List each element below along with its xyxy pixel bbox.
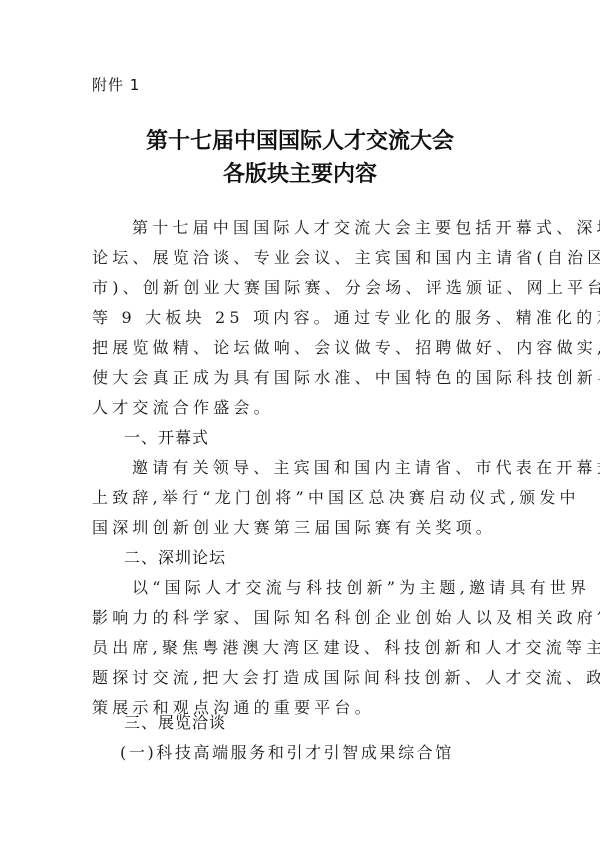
document-title-line-1: 第十七届中国国际人才交流大会 — [0, 124, 600, 155]
section-line: 上致辞,举行“龙门创将”中国区总决赛启动仪式,颁发中 — [92, 488, 512, 508]
attachment-label: 附件 1 — [92, 74, 140, 95]
intro-line: 论坛、展览洽谈、专业会议、主宾国和国内主请省(自治区、 — [92, 248, 512, 268]
intro-line: 使大会真正成为具有国际水准、中国特色的国际科技创新与 — [92, 368, 512, 388]
intro-line: 人才交流合作盛会。 — [92, 398, 512, 418]
section-line: 以“国际人才交流与科技创新”为主题,邀请具有世界 — [132, 578, 512, 598]
section-line: 邀请有关领导、主宾国和国内主请省、市代表在开幕式 — [132, 458, 512, 478]
section-heading-exhibition: 三、展览洽谈 — [124, 713, 226, 733]
document-title-line-2: 各版块主要内容 — [0, 157, 600, 188]
section-line: 员出席,聚焦粤港澳大湾区建设、科技创新和人才交流等主 — [92, 638, 512, 658]
section-line: 影响力的科学家、国际知名科创企业创始人以及相关政府官 — [92, 608, 512, 628]
intro-line: 市)、创新创业大赛国际赛、分会场、评选颁证、网上平台 — [92, 278, 512, 298]
intro-line: 第十七届中国国际人才交流大会主要包括开幕式、深圳 — [132, 218, 512, 238]
section-line: 国深圳创新创业大赛第三届国际赛有关奖项。 — [92, 518, 512, 538]
section-heading-opening: 一、开幕式 — [124, 428, 209, 448]
section-heading-forum: 二、深圳论坛 — [124, 548, 226, 568]
intro-line: 等 9 大板块 25 项内容。通过专业化的服务、精准化的对接, — [92, 308, 512, 328]
document-page: 附件 1 第十七届中国国际人才交流大会 各版块主要内容 第十七届中国国际人才交流… — [0, 0, 600, 842]
section-line: 题探讨交流,把大会打造成国际间科技创新、人才交流、政 — [92, 668, 512, 688]
section-subheading: (一)科技高端服务和引才引智成果综合馆 — [120, 743, 454, 763]
intro-line: 把展览做精、论坛做响、会议做专、招聘做好、内容做实, — [92, 338, 512, 358]
